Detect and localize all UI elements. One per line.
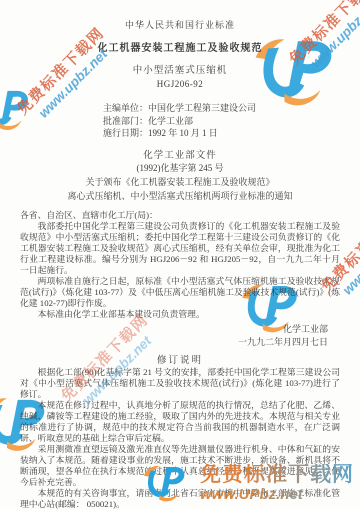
upbz-footer-banner: 免费标准下载网 www.UPbz.net	[137, 461, 354, 505]
notice-salutation: 各省、自治区、直辖市化工厅(局)：	[20, 210, 340, 221]
signature-org: 化学工业部	[20, 323, 328, 336]
document-body: 中华人民共和国行业标准 化工机器安装工程施工及验收规范 中小型活塞式压缩机 HG…	[0, 0, 360, 509]
revision-paragraph-2: 本规范在修订过程中，认真地分析了原规范的执行情况，总结了化肥、乙烯、纯碱、磷铵等…	[20, 400, 340, 444]
approver-line: 批准部门：化学工业部	[103, 115, 340, 128]
footer-text-block: 免费标准下载网 www.UPbz.net	[200, 464, 354, 502]
standard-country-line: 中华人民共和国行业标准	[20, 20, 340, 31]
standard-title: 化工机器安装工程施工及验收规范	[20, 43, 340, 54]
effective-date-line: 施行日期：1992 年 10 月 1 日	[103, 127, 340, 140]
scanned-standard-document-page: 免费标准下载网 www.upbz.net 免费标准下载网 www.upbz.ne…	[0, 0, 360, 509]
notice-paragraph-2: 两项标准自施行之日起，原标准《中小型活塞式气体压缩机施工及验收技术规范(试行)》…	[20, 276, 340, 309]
standard-meta-block: 主编单位：中国化学工程第三建设公司 批准部门：化学工业部 施行日期：1992 年…	[20, 102, 340, 140]
footer-site-url: www.UPbz.net	[200, 487, 354, 502]
notice-paragraph-3: 本标准由化学工业部基本建设司负责管理。	[20, 309, 340, 320]
revision-paragraph-1: 根据化工部(90)化基标字第 21 号文的安排，部委托中国化学工程第三建设公司对…	[20, 367, 340, 400]
footer-site-name: 免费标准下载网	[200, 464, 354, 485]
standard-code: HGJ206-92	[20, 79, 340, 90]
upbz-logo-footer	[137, 461, 195, 505]
notice-doc-number: (1992)化基字第 245 号	[20, 163, 340, 174]
notice-title-line1: 关于颁布《化工机器安装工程施工及验收规范》	[20, 177, 340, 188]
signature-date: 一九九二年月四月七日	[20, 336, 328, 349]
notice-paragraph-1: 我部委托中国化学工程第三建设公司负责修订的《化工机器安装工程施工及验收规范》中小…	[20, 221, 340, 276]
signature-block: 化学工业部 一九九二年月四月七日	[20, 323, 340, 349]
notice-issuing-org: 化学工业部文件	[20, 151, 340, 162]
standard-subtitle: 中小型活塞式压缩机	[20, 66, 340, 77]
chief-editor-line: 主编单位：中国化学工程第三建设公司	[103, 102, 340, 115]
revision-notes-title: 修订说明	[20, 356, 340, 367]
notice-title-line2: 离心式压缩机、中小型活塞式压缩机两项行业标准的通知	[20, 191, 340, 202]
